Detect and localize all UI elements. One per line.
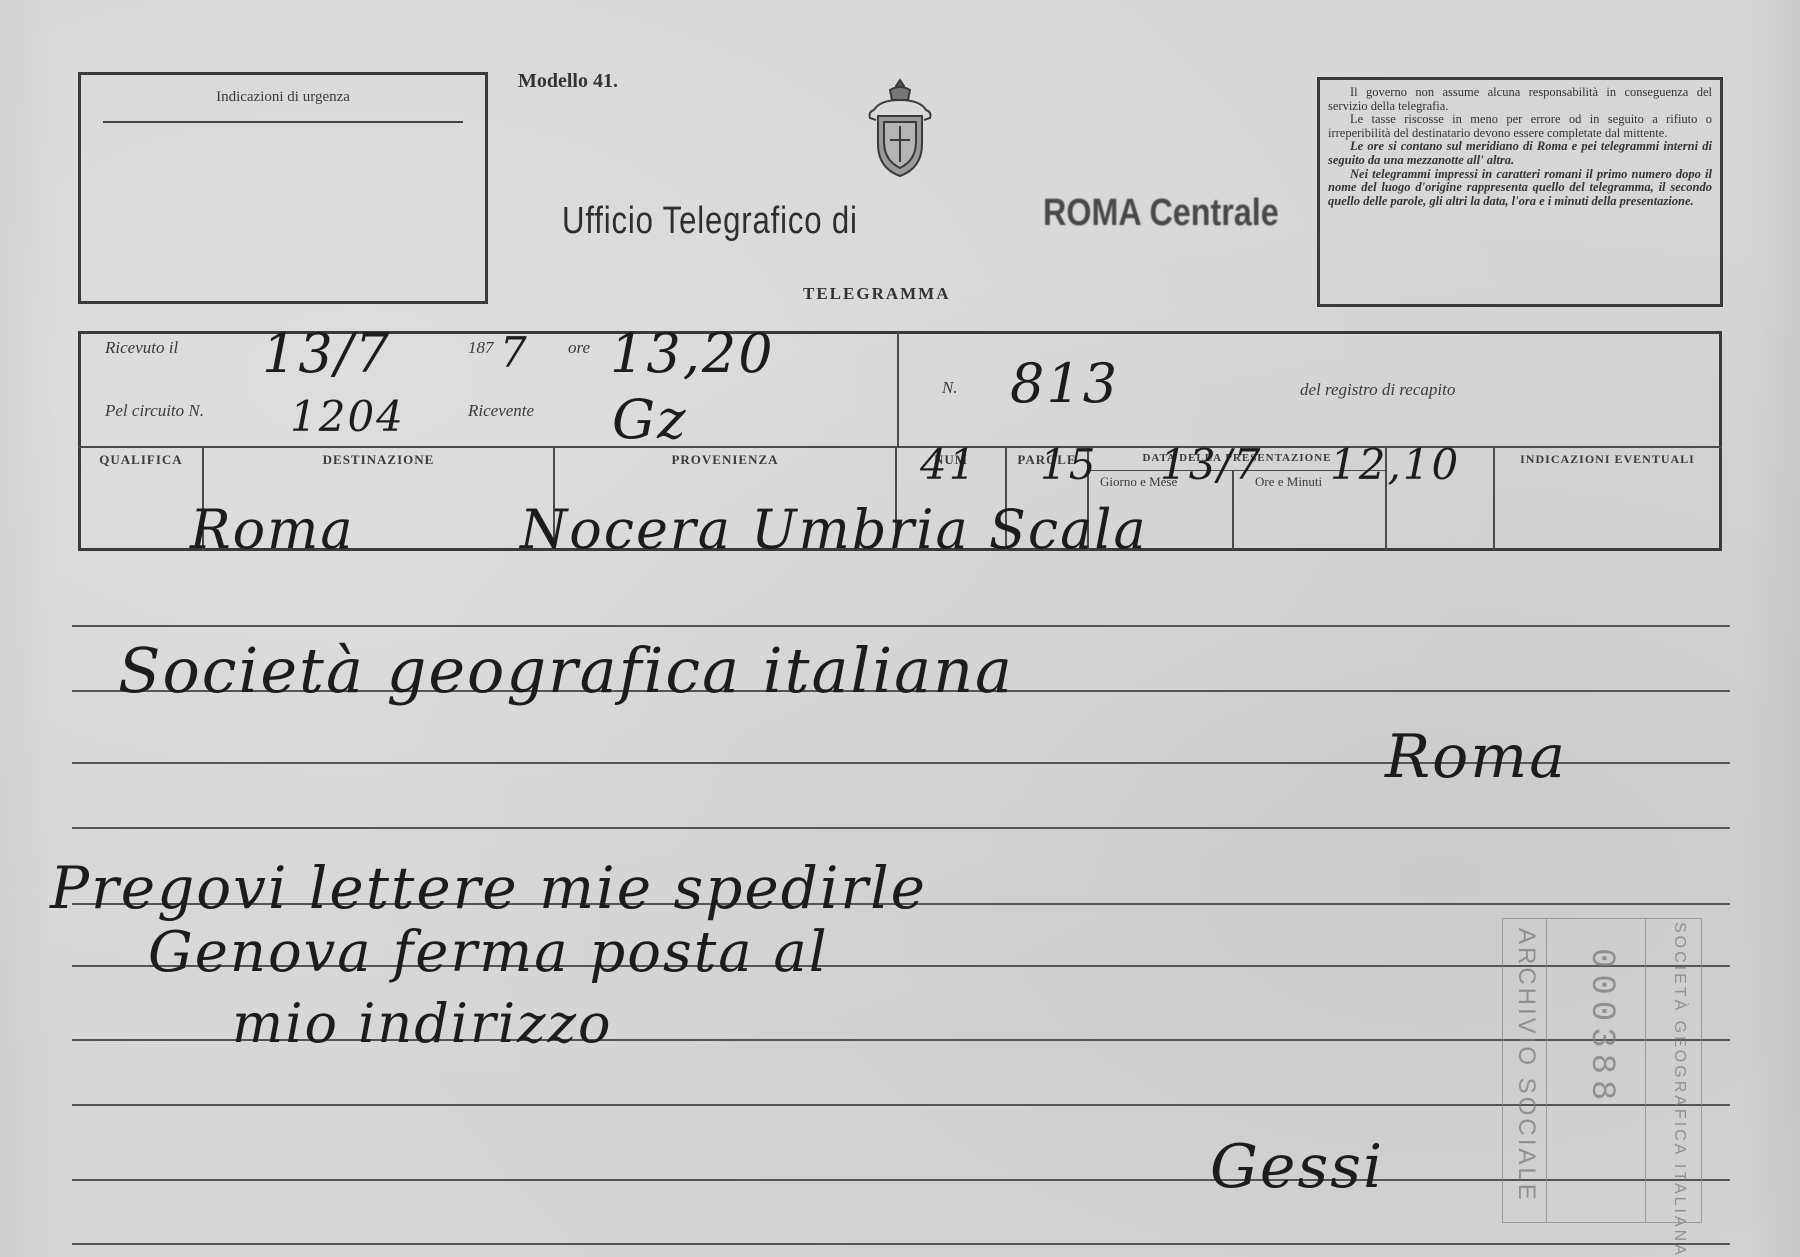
- message-body-line: Genova ferma posta al: [148, 920, 829, 985]
- sender-signature: Gessi: [1210, 1132, 1384, 1202]
- origin-value: Nocera Umbria Scala: [520, 498, 1148, 561]
- destination-value: Roma: [190, 498, 355, 561]
- word-count-value: 15: [1040, 440, 1097, 489]
- archive-society: SOCIETÀ GEOGRAFICA ITALIANA: [1670, 922, 1688, 1257]
- archive-number: 000388: [1582, 948, 1620, 1106]
- receiver-initials: Gz: [612, 388, 688, 451]
- message-rule: [72, 1179, 1730, 1181]
- addressee-line: Società geografica italiana: [118, 634, 1014, 707]
- receipt-registry-divider: [897, 331, 899, 446]
- col-header-indicazioni: INDICAZIONI EVENTUALI: [1495, 452, 1720, 467]
- notice-paragraph: Nei telegrammi impressi in caratteri rom…: [1328, 168, 1712, 209]
- received-date-value: 13/7: [262, 322, 391, 385]
- message-rule: [72, 1104, 1730, 1106]
- notice-paragraph: Il governo non assume alcuna responsabil…: [1328, 86, 1712, 113]
- office-title: Ufficio Telegrafico di: [562, 200, 858, 243]
- urgency-divider: [103, 121, 463, 123]
- archive-stamp: ARCHIVIO SOCIALE 000388 SOCIETÀ GEOGRAFI…: [1502, 918, 1702, 1223]
- registry-number-value: 813: [1010, 352, 1119, 415]
- model-number: Modello 41.: [518, 70, 618, 93]
- message-rule: [72, 625, 1730, 627]
- document-type-label: TELEGRAMMA: [803, 284, 951, 304]
- notice-paragraph: Le ore si contano sul meridiano di Roma …: [1328, 140, 1712, 167]
- telegram-number-value: 41: [920, 440, 977, 489]
- message-body-line: mio indirizzo: [232, 992, 613, 1055]
- archive-label: ARCHIVIO SOCIALE: [1512, 928, 1540, 1203]
- urgency-box-label: Indicazioni di urgenza: [81, 89, 485, 106]
- col-subheader-ore-minuti: Ore e Minuti: [1255, 474, 1322, 490]
- circuit-value: 1204: [290, 392, 405, 441]
- presentation-date-value: 13/7: [1160, 440, 1262, 489]
- received-date-label: Ricevuto il: [105, 338, 178, 358]
- message-rule: [72, 1243, 1730, 1245]
- liability-notice-box: Il governo non assume alcuna responsabil…: [1317, 77, 1723, 307]
- registry-number-label: N.: [942, 378, 958, 398]
- year-label: 187: [468, 338, 494, 358]
- addressee-city: Roma: [1385, 722, 1567, 792]
- col-header-destinazione: DESTINAZIONE: [204, 452, 553, 468]
- office-stamp: ROMA Centrale: [1043, 192, 1279, 235]
- year-suffix-value: 7: [500, 328, 529, 377]
- registry-label: del registro di recapito: [1300, 380, 1455, 400]
- message-body-line: Pregovi lettere mie spedirle: [50, 854, 927, 922]
- receiver-label: Ricevente: [468, 401, 534, 421]
- col-header-provenienza: PROVENIENZA: [555, 452, 895, 468]
- notice-paragraph: Le tasse riscosse in meno per errore od …: [1328, 113, 1712, 140]
- received-hour-value: 13,20: [610, 322, 775, 385]
- circuit-label: Pel circuito N.: [105, 401, 204, 421]
- presentation-time-value: 12,10: [1330, 440, 1460, 489]
- hour-label: ore: [568, 338, 590, 358]
- royal-coat-of-arms-icon: [860, 76, 940, 180]
- message-rule: [72, 827, 1730, 829]
- urgency-box: Indicazioni di urgenza: [78, 72, 488, 304]
- header-row-divider: [78, 446, 1722, 448]
- col-header-qualifica: QUALIFICA: [80, 452, 202, 468]
